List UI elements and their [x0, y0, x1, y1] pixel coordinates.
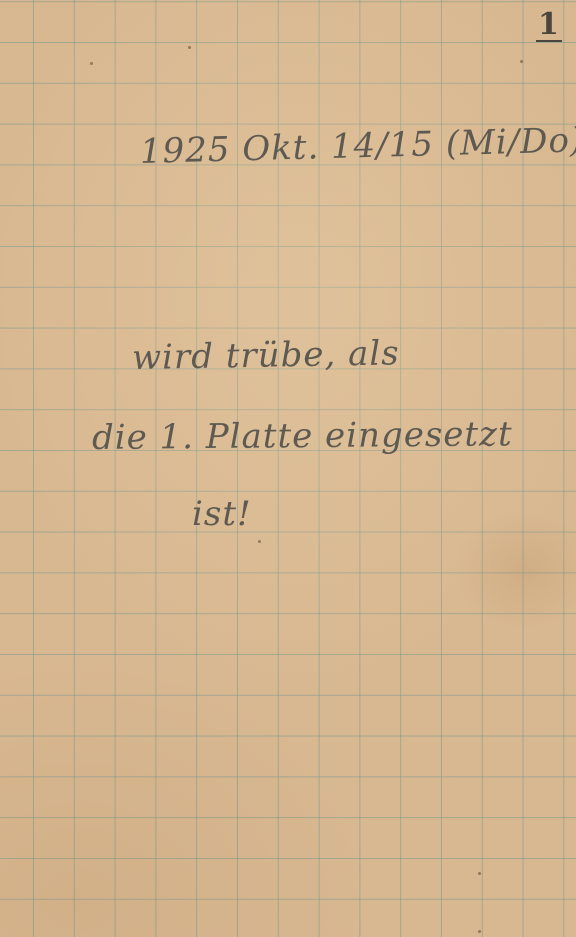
- paper-speck: [520, 60, 523, 63]
- page-number: 1: [536, 10, 562, 42]
- notebook-page: 1 1925 Okt. 14/15 (Mi/Do) wird trübe, al…: [0, 0, 576, 937]
- note-line-2: die 1. Platte eingesetzt: [92, 414, 513, 458]
- paper-speck: [478, 872, 481, 875]
- paper-speck: [90, 62, 93, 65]
- note-line-1: wird trübe, als: [132, 333, 400, 378]
- paper-speck: [188, 46, 191, 49]
- note-line-3: ist!: [192, 494, 252, 534]
- paper-speck: [478, 930, 481, 933]
- date-line: 1925 Okt. 14/15 (Mi/Do): [139, 120, 576, 172]
- paper-speck: [258, 540, 261, 543]
